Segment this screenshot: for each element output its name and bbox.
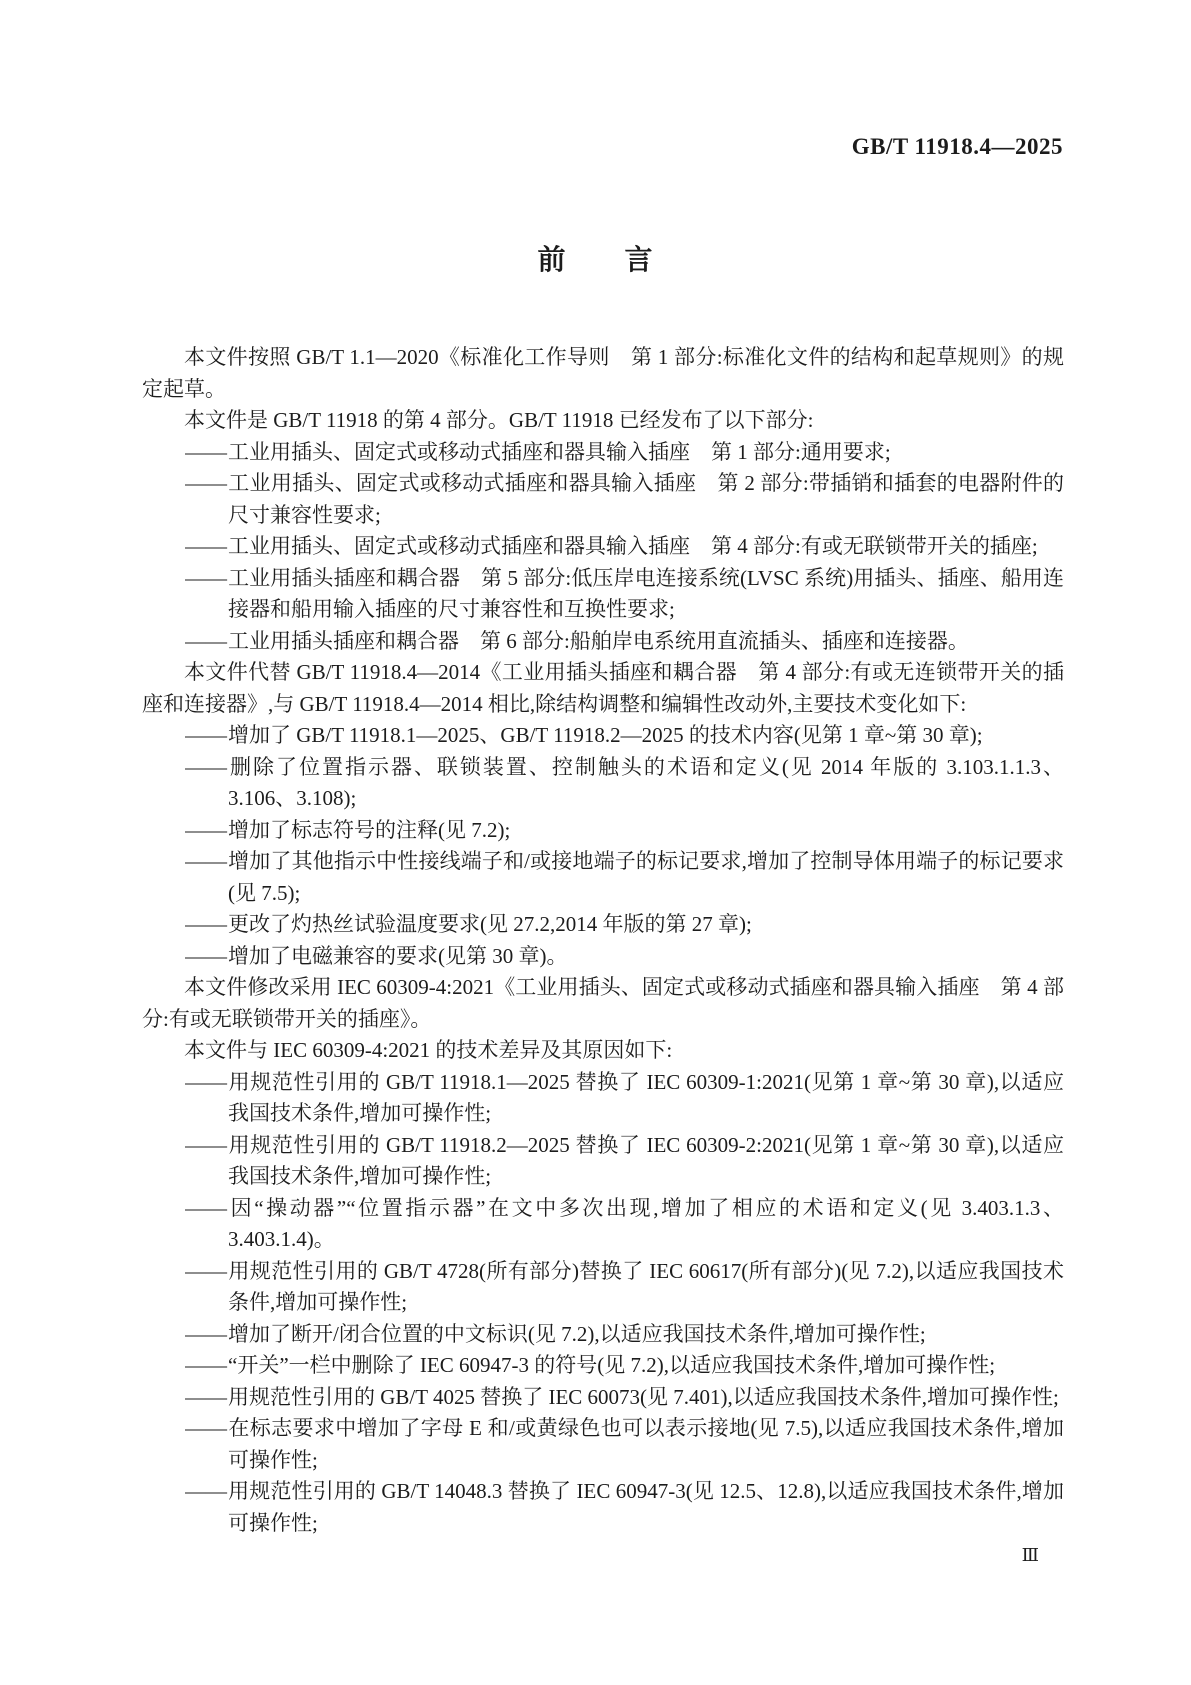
dash-marker: ——	[185, 1319, 228, 1351]
paragraph: 本文件与 IEC 60309-4:2021 的技术差异及其原因如下:	[142, 1035, 1064, 1067]
dash-marker: ——	[185, 1350, 228, 1382]
list-item: ——增加了 GB/T 11918.1—2025、GB/T 11918.2—202…	[142, 720, 1064, 752]
list-item: ——用规范性引用的 GB/T 11918.2—2025 替换了 IEC 6030…	[142, 1130, 1064, 1193]
list-item: ——增加了标志符号的注释(见 7.2);	[142, 815, 1064, 847]
list-item: ——工业用插头插座和耦合器 第 5 部分:低压岸电连接系统(LVSC 系统)用插…	[142, 563, 1064, 626]
dash-marker: ——	[185, 1476, 228, 1508]
dash-marker: ——	[185, 1256, 228, 1288]
list-item: ——删除了位置指示器、联锁装置、控制触头的术语和定义(见 2014 年版的 3.…	[142, 752, 1064, 815]
list-item: ——增加了断开/闭合位置的中文标识(见 7.2),以适应我国技术条件,增加可操作…	[142, 1319, 1064, 1351]
dash-marker: ——	[185, 437, 228, 469]
page-title: 前 言	[0, 238, 1191, 278]
dash-marker: ——	[185, 468, 228, 500]
dash-marker: ——	[185, 531, 228, 563]
dash-marker: ——	[185, 563, 228, 595]
dash-marker: ——	[185, 1130, 228, 1162]
dash-marker: ——	[185, 626, 228, 658]
list-item: ——用规范性引用的 GB/T 14048.3 替换了 IEC 60947-3(见…	[142, 1476, 1064, 1539]
dash-marker: ——	[185, 941, 228, 973]
dash-marker: ——	[185, 909, 228, 941]
dash-marker: ——	[185, 1067, 228, 1099]
list-item: ——工业用插头、固定式或移动式插座和器具输入插座 第 1 部分:通用要求;	[142, 437, 1064, 469]
list-item: ——增加了电磁兼容的要求(见第 30 章)。	[142, 941, 1064, 973]
paragraph: 本文件是 GB/T 11918 的第 4 部分。GB/T 11918 已经发布了…	[142, 405, 1064, 437]
list-item: ——“开关”一栏中删除了 IEC 60947-3 的符号(见 7.2),以适应我…	[142, 1350, 1064, 1382]
dash-marker: ——	[185, 1413, 228, 1445]
dash-marker: ——	[185, 1382, 228, 1414]
list-item: ——用规范性引用的 GB/T 4025 替换了 IEC 60073(见 7.40…	[142, 1382, 1064, 1414]
list-item: ——工业用插头插座和耦合器 第 6 部分:船舶岸电系统用直流插头、插座和连接器。	[142, 626, 1064, 658]
dash-marker: ——	[185, 815, 228, 847]
dash-marker: ——	[185, 1193, 228, 1225]
dash-marker: ——	[185, 752, 228, 784]
list-item: ——在标志要求中增加了字母 E 和/或黄绿色也可以表示接地(见 7.5),以适应…	[142, 1413, 1064, 1476]
paragraph: 本文件修改采用 IEC 60309-4:2021《工业用插头、固定式或移动式插座…	[142, 972, 1064, 1035]
list-item: ——用规范性引用的 GB/T 11918.1—2025 替换了 IEC 6030…	[142, 1067, 1064, 1130]
dash-marker: ——	[185, 846, 228, 878]
list-item: ——工业用插头、固定式或移动式插座和器具输入插座 第 2 部分:带插销和插套的电…	[142, 468, 1064, 531]
list-item: ——更改了灼热丝试验温度要求(见 27.2,2014 年版的第 27 章);	[142, 909, 1064, 941]
document-body: 本文件按照 GB/T 1.1—2020《标准化工作导则 第 1 部分:标准化文件…	[142, 342, 1064, 1539]
list-item: ——用规范性引用的 GB/T 4728(所有部分)替换了 IEC 60617(所…	[142, 1256, 1064, 1319]
page-number: Ⅲ	[1022, 1545, 1039, 1566]
document-number: GB/T 11918.4—2025	[852, 134, 1063, 160]
list-item: ——工业用插头、固定式或移动式插座和器具输入插座 第 4 部分:有或无联锁带开关…	[142, 531, 1064, 563]
list-item: ——因“操动器”“位置指示器”在文中多次出现,增加了相应的术语和定义(见 3.4…	[142, 1193, 1064, 1256]
document-page: GB/T 11918.4—2025 前 言 本文件按照 GB/T 1.1—202…	[0, 0, 1191, 1685]
paragraph: 本文件按照 GB/T 1.1—2020《标准化工作导则 第 1 部分:标准化文件…	[142, 342, 1064, 405]
dash-marker: ——	[185, 720, 228, 752]
list-item: ——增加了其他指示中性接线端子和/或接地端子的标记要求,增加了控制导体用端子的标…	[142, 846, 1064, 909]
paragraph: 本文件代替 GB/T 11918.4—2014《工业用插头插座和耦合器 第 4 …	[142, 657, 1064, 720]
